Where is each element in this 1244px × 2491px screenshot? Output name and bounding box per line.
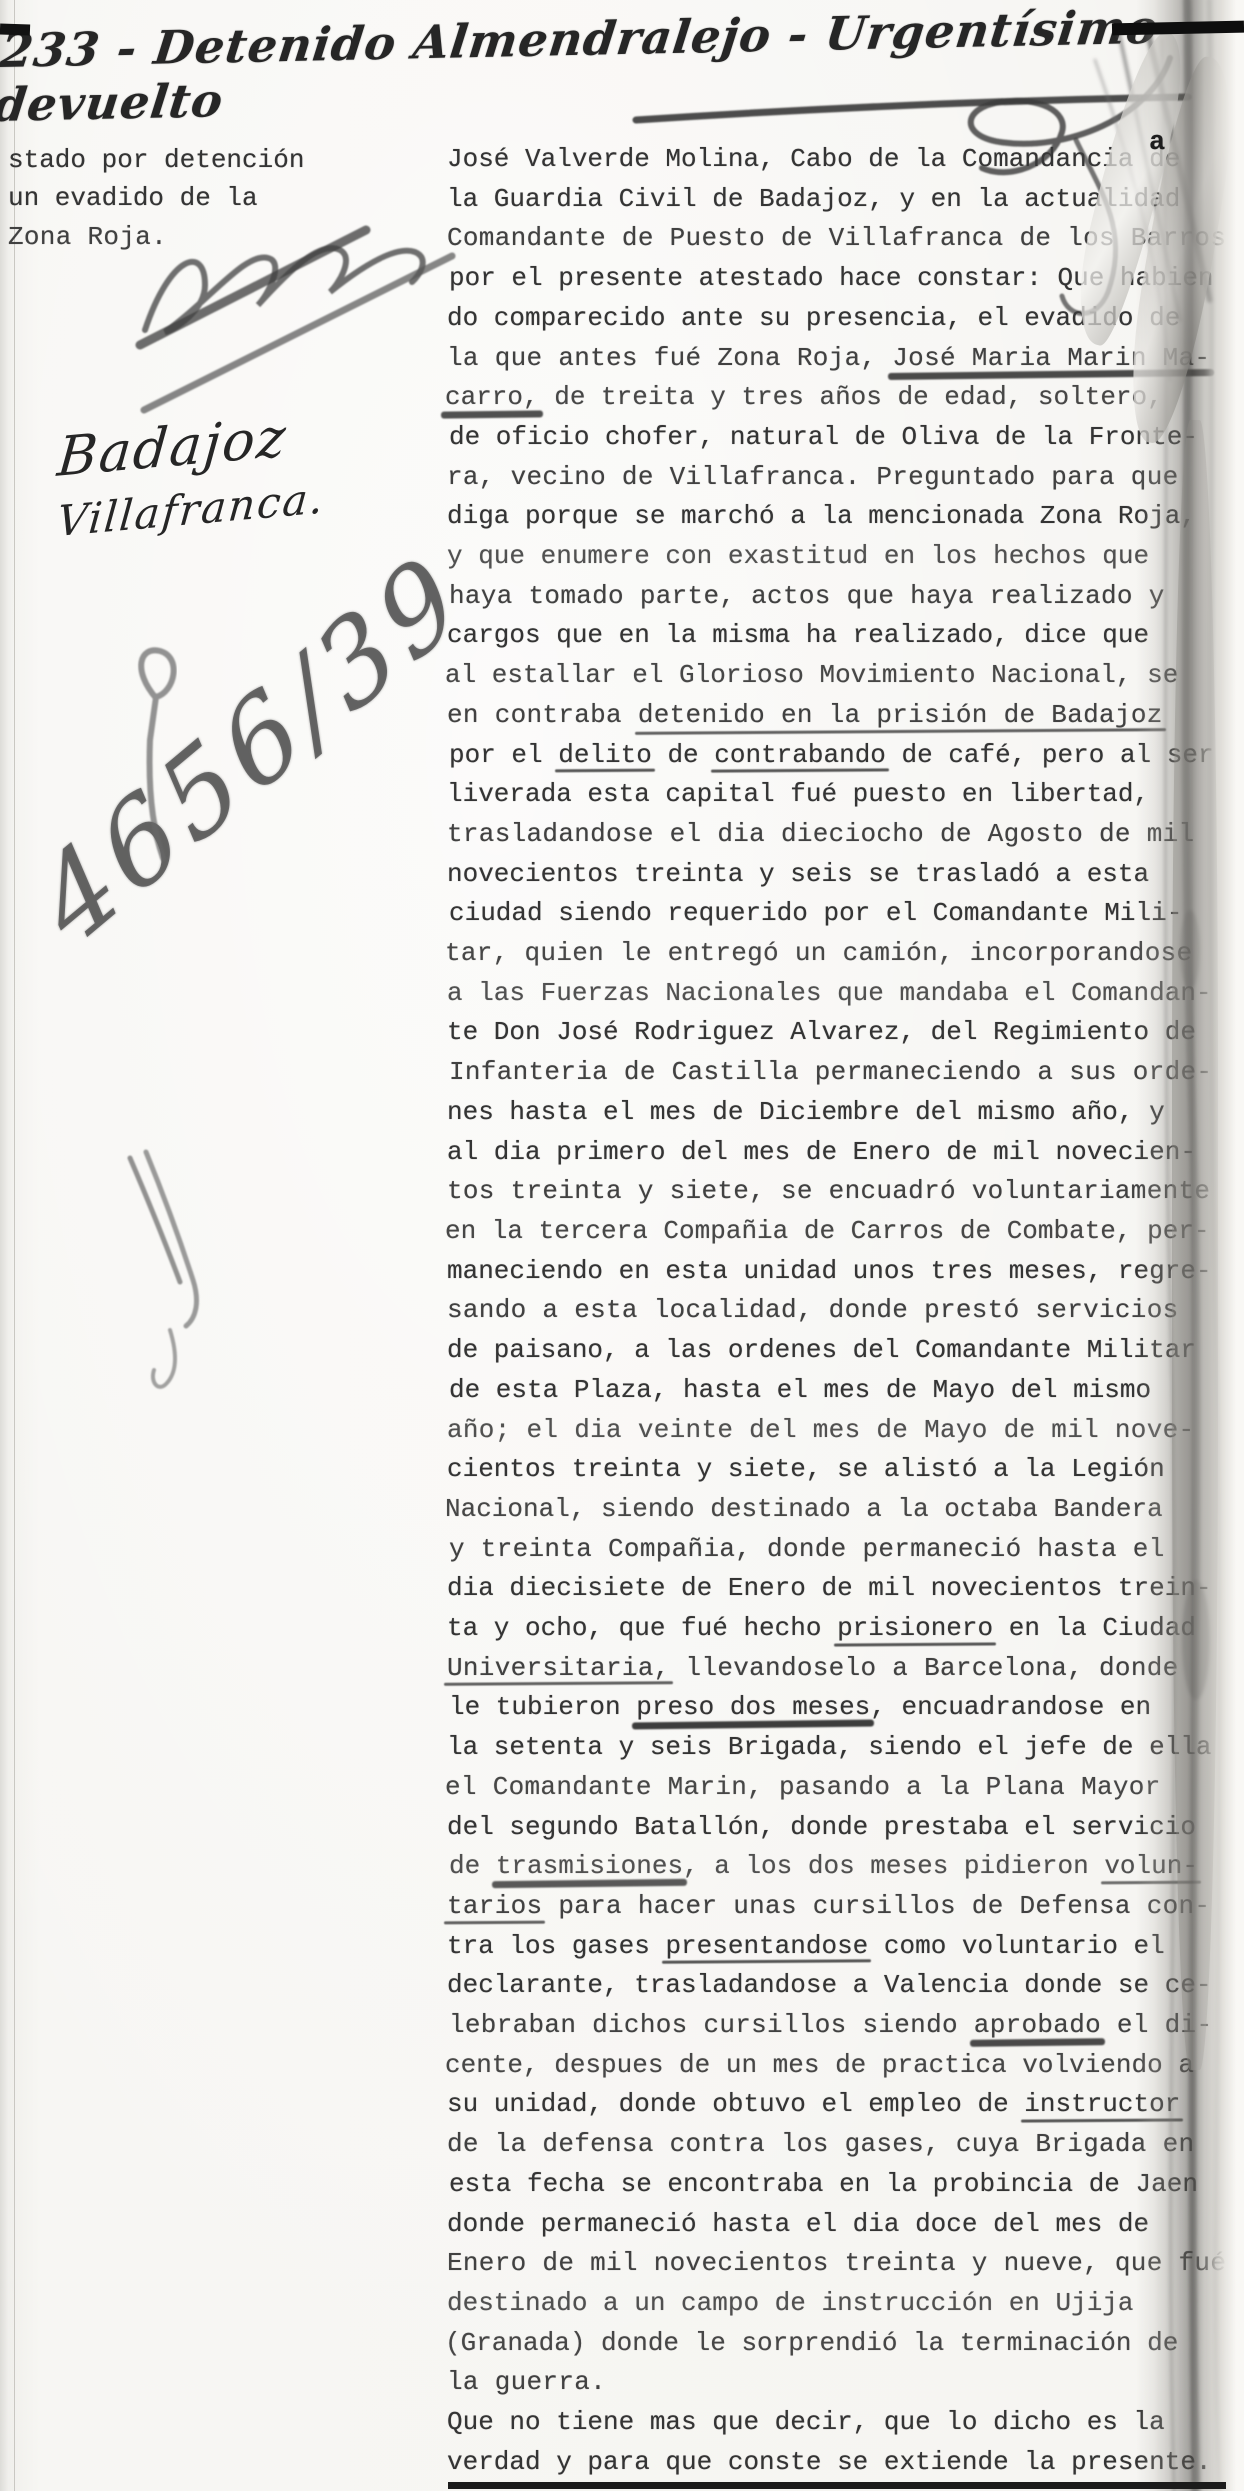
body-text-segment: y que enumere con exastitud en los hecho… [447, 541, 1149, 571]
body-text-segment: de oficio chofer, natural de Oliva de la… [449, 422, 1198, 452]
body-text-segment: novecientos treinta y seis se trasladó a… [447, 859, 1149, 889]
body-line: a las Fuerzas Nacionales que mandaba el … [447, 974, 1237, 1014]
body-line: nes hasta el mes de Diciembre del mismo … [447, 1093, 1237, 1133]
underlined-text-segment: tarios [447, 1887, 542, 1927]
body-text-segment: nes hasta el mes de Diciembre del mismo … [447, 1097, 1165, 1127]
margin-place-handwriting: BadajozVillafranca. [55, 403, 328, 553]
body-text-segment: en la Ciudad [993, 1613, 1196, 1643]
body-text-segment: dia diecisiete de Enero de mil novecient… [447, 1573, 1212, 1603]
body-line: Comandante de Puesto de Villafranca de l… [447, 219, 1237, 259]
underlined-text-segment: delito [558, 736, 652, 776]
body-line: Infanteria de Castilla permaneciendo a s… [449, 1053, 1239, 1093]
scan-artifact-bar [0, 23, 30, 35]
body-line: lebraban dichos cursillos siendo aprobad… [449, 2006, 1239, 2046]
body-line: el Comandante Marin, pasando a la Plana … [445, 1768, 1235, 1808]
body-line: año; el dia veinte del mes de Mayo de mi… [447, 1411, 1237, 1451]
body-line: cente, despues de un mes de practica vol… [445, 2046, 1235, 2086]
margin-flourish-stroke [130, 1152, 197, 1387]
underlined-text-segment: Universitaria, [447, 1649, 670, 1689]
body-line: de la defensa contra los gases, cuya Bri… [447, 2125, 1237, 2165]
body-text-segment: José Valverde Molina, Cabo de la Comanda… [447, 144, 1180, 174]
body-text-segment: tos treinta y siete, se encuadró volunta… [447, 1176, 1210, 1206]
margin-file-number: 4656/39 [15, 528, 487, 971]
body-text-segment: de [652, 740, 714, 770]
body-line: novecientos treinta y seis se trasladó a… [447, 855, 1237, 895]
underlined-text-segment: trasmisiones [496, 1847, 683, 1887]
body-line: tar, quien le entregó un camión, incorpo… [445, 934, 1235, 974]
body-text-segment: año; el dia veinte del mes de Mayo de mi… [447, 1415, 1194, 1445]
body-line: la guerra. [447, 2363, 1237, 2403]
margin-typed-note: stado por detenciónun evadido de laZona … [8, 141, 304, 256]
body-text-segment: llevandoselo a Barcelona, donde [670, 1653, 1179, 1683]
body-text-segment: la que antes fué Zona Roja, [447, 343, 892, 373]
body-text-segment: sando a esta localidad, donde prestó ser… [447, 1295, 1179, 1325]
underlined-text-segment: detenido en la prisión de Badajoz [638, 696, 1163, 736]
body-text-segment: el Comandante Marin, pasando a la Plana … [445, 1772, 1161, 1802]
body-line: por el presente atestado hace constar: Q… [449, 259, 1239, 299]
body-text-segment: un evadido de la [8, 183, 258, 213]
body-line: de oficio chofer, natural de Oliva de la… [449, 418, 1239, 458]
document-scan: 233 - Detenido Almendralejo - Urgentísim… [0, 0, 1244, 2491]
body-text-segment: stado por detención [8, 145, 304, 175]
underlined-text-segment: José Maria Marin Ma- [892, 339, 1210, 379]
body-line: le tubieron preso dos meses, encuadrando… [449, 1688, 1239, 1728]
body-text-segment: do comparecido ante su presencia, el eva… [447, 303, 1180, 333]
body-line: en la tercera Compañia de Carros de Comb… [445, 1212, 1235, 1252]
body-line: en contraba detenido en la prisión de Ba… [447, 696, 1237, 736]
body-line: su unidad, donde obtuvo el empleo de ins… [447, 2085, 1237, 2125]
body-text-segment: como voluntario el [868, 1931, 1164, 1961]
body-text-segment: la Guardia Civil de Badajoz, y en la act… [447, 184, 1180, 214]
body-text-segment: destinado a un campo de instrucción en U… [447, 2288, 1134, 2318]
body-line: la que antes fué Zona Roja, José Maria M… [447, 339, 1237, 379]
body-text-segment: en contraba [447, 700, 638, 730]
underlined-text-segment: contrabando [714, 736, 886, 776]
body-text-segment: maneciendo en esta unidad unos tres mese… [447, 1256, 1212, 1286]
body-text-segment: en la tercera Compañia de Carros de Comb… [445, 1216, 1210, 1246]
body-text-segment: cente, despues de un mes de practica vol… [445, 2050, 1194, 2080]
body-line: ciudad siendo requerido por el Comandant… [449, 894, 1239, 934]
body-text-segment: (Granada) donde le sorprendió la termina… [445, 2328, 1178, 2358]
underlined-text-segment: volun- [1104, 1847, 1198, 1887]
body-text-segment: , a los dos meses pidieron [683, 1851, 1104, 1881]
body-text: José Valverde Molina, Cabo de la Comanda… [447, 140, 1237, 2482]
body-line: sando a esta localidad, donde prestó ser… [447, 1291, 1237, 1331]
body-line: destinado a un campo de instrucción en U… [447, 2284, 1237, 2324]
body-text-segment: trasladandose el dia dieciocho de Agosto… [447, 819, 1194, 849]
crossed-out-scribble-stroke [140, 230, 452, 410]
body-text-segment: Zona Roja. [8, 222, 167, 252]
margin-note-line: un evadido de la [8, 179, 304, 217]
body-text-segment: el di- [1101, 2010, 1212, 2040]
body-line: y que enumere con exastitud en los hecho… [447, 537, 1237, 577]
body-text-segment: al estallar el Glorioso Movimiento Nacio… [445, 660, 1178, 690]
body-line: trasladandose el dia dieciocho de Agosto… [447, 815, 1237, 855]
underlined-text-segment: carro, [445, 378, 539, 418]
body-text-segment: haya tomado parte, actos que haya realiz… [449, 581, 1165, 611]
underlined-text-segment: presentandose [665, 1927, 868, 1967]
body-text-segment: lebraban dichos cursillos siendo [449, 2010, 974, 2040]
body-line: del segundo Batallón, donde prestaba el … [447, 1808, 1237, 1848]
margin-note-line: stado por detención [8, 141, 304, 179]
underlined-text-segment: prisionero [837, 1609, 993, 1649]
handwritten-header: 233 - Detenido Almendralejo - Urgentísim… [0, 0, 1227, 132]
body-text-segment: a las Fuerzas Nacionales que mandaba el … [447, 978, 1212, 1008]
body-text-segment: y treinta Compañia, donde permaneció has… [449, 1534, 1165, 1564]
body-text-segment: diga porque se marchó a la mencionada Zo… [447, 501, 1196, 531]
body-line: declarante, trasladandose a Valencia don… [447, 1966, 1237, 2006]
body-line: Enero de mil novecientos treinta y nueve… [447, 2244, 1237, 2284]
body-text-segment: de la defensa contra los gases, cuya Bri… [447, 2129, 1194, 2159]
body-text-segment: Que no tiene mas que decir, que lo dicho… [447, 2407, 1165, 2437]
body-line: esta fecha se encontraba en la probincia… [449, 2165, 1239, 2205]
body-text-segment: de paisano, a las ordenes del Comandante… [447, 1335, 1196, 1365]
margin-note-line: Zona Roja. [8, 218, 304, 256]
body-line: José Valverde Molina, Cabo de la Comanda… [447, 140, 1237, 180]
body-text-segment: tar, quien le entregó un camión, incorpo… [445, 938, 1192, 968]
body-line: verdad y para que conste se extiende la … [447, 2443, 1237, 2483]
body-line: Nacional, siendo destinado a la octaba B… [445, 1490, 1235, 1530]
body-line: al dia primero del mes de Enero de mil n… [447, 1133, 1237, 1173]
body-line: dia diecisiete de Enero de mil novecient… [447, 1569, 1237, 1609]
body-line: haya tomado parte, actos que haya realiz… [449, 577, 1239, 617]
torn-edge-letter: a [1149, 124, 1165, 164]
body-text-segment: Nacional, siendo destinado a la octaba B… [445, 1494, 1163, 1524]
body-line: al estallar el Glorioso Movimiento Nacio… [445, 656, 1235, 696]
body-text-segment: para hacer unas cursillos de Defensa con… [542, 1891, 1210, 1921]
body-text-segment: donde permaneció hasta el dia doce del m… [447, 2209, 1149, 2239]
underlined-text-segment: aprobado [974, 2006, 1101, 2046]
body-line: ra, vecino de Villafranca. Preguntado pa… [447, 458, 1237, 498]
body-line: la Guardia Civil de Badajoz, y en la act… [447, 180, 1237, 220]
body-text-segment: Enero de mil novecientos treinta y nueve… [447, 2248, 1226, 2278]
body-text-segment: Infanteria de Castilla permaneciendo a s… [449, 1057, 1212, 1087]
body-line: y treinta Compañia, donde permaneció has… [449, 1530, 1239, 1570]
body-text-segment: al dia primero del mes de Enero de mil n… [447, 1137, 1196, 1167]
body-line: donde permaneció hasta el dia doce del m… [447, 2205, 1237, 2245]
body-text-segment: le tubieron [449, 1692, 636, 1722]
body-line: liverada esta capital fué puesto en libe… [447, 775, 1237, 815]
body-line: Que no tiene mas que decir, que lo dicho… [447, 2403, 1237, 2443]
scan-left-edge [0, 0, 15, 2491]
body-text-segment: ta y ocho, que fué hecho [447, 1613, 837, 1643]
body-text-segment: declarante, trasladandose a Valencia don… [447, 1970, 1212, 2000]
body-text-segment: de [449, 1851, 496, 1881]
body-text-segment: de café, pero al ser [886, 740, 1214, 770]
body-line: tra los gases presentandose como volunta… [447, 1927, 1237, 1967]
body-text-segment: verdad y para que conste se extiende la … [447, 2447, 1212, 2477]
body-text-segment: del segundo Batallón, donde prestaba el … [447, 1812, 1196, 1842]
body-text-segment: ra, vecino de Villafranca. Preguntado pa… [447, 462, 1179, 492]
body-text-segment: te Don José Rodriguez Alvarez, del Regim… [447, 1017, 1196, 1047]
body-text-segment: su unidad, donde obtuvo el empleo de [447, 2089, 1024, 2119]
body-line: do comparecido ante su presencia, el eva… [447, 299, 1237, 339]
body-line: te Don José Rodriguez Alvarez, del Regim… [447, 1013, 1237, 1053]
body-line: carro, de treita y tres años de edad, so… [445, 378, 1235, 418]
body-line: Universitaria, llevandoselo a Barcelona,… [447, 1649, 1237, 1689]
body-text-segment: esta fecha se encontraba en la probincia… [449, 2169, 1198, 2199]
body-text-segment: tra los gases [447, 1931, 665, 1961]
body-line: tarios para hacer unas cursillos de Defe… [447, 1887, 1237, 1927]
body-text-segment: cientos treinta y siete, se alistó a la … [447, 1454, 1165, 1484]
body-text-segment: de esta Plaza, hasta el mes de Mayo del … [449, 1375, 1151, 1405]
body-line: la setenta y seis Brigada, siendo el jef… [447, 1728, 1237, 1768]
body-line: ta y ocho, que fué hecho prisionero en l… [447, 1609, 1237, 1649]
body-line: cientos treinta y siete, se alistó a la … [447, 1450, 1237, 1490]
underlined-text-segment: preso dos meses [636, 1688, 870, 1728]
body-text-segment: ciudad siendo requerido por el Comandant… [449, 898, 1182, 928]
body-line: de paisano, a las ordenes del Comandante… [447, 1331, 1237, 1371]
body-text-segment: la guerra. [447, 2367, 606, 2397]
body-text-segment: cargos que en la misma ha realizado, dic… [447, 620, 1149, 650]
body-text-segment: Comandante de Puesto de Villafranca de l… [447, 223, 1226, 253]
body-line: de trasmisiones, a los dos meses pidiero… [449, 1847, 1239, 1887]
body-text-segment: de treita y tres años de edad, soltero, [539, 382, 1163, 412]
body-text-segment: la setenta y seis Brigada, siendo el jef… [447, 1732, 1212, 1762]
scan-artifact-bar [448, 2482, 1226, 2489]
body-line: de esta Plaza, hasta el mes de Mayo del … [449, 1371, 1239, 1411]
body-text-segment: por el [449, 740, 558, 770]
underlined-text-segment: instructor [1024, 2085, 1180, 2125]
body-line: cargos que en la misma ha realizado, dic… [447, 616, 1237, 656]
body-line: tos treinta y siete, se encuadró volunta… [447, 1172, 1237, 1212]
body-line: (Granada) donde le sorprendió la termina… [445, 2324, 1235, 2364]
body-line: por el delito de contrabando de café, pe… [449, 736, 1239, 776]
body-text-segment: , encuadrandose en [870, 1692, 1151, 1722]
body-text-segment: por el presente atestado hace constar: Q… [449, 263, 1214, 293]
body-text-segment: liverada esta capital fué puesto en libe… [447, 779, 1149, 809]
body-line: maneciendo en esta unidad unos tres mese… [447, 1252, 1237, 1292]
scan-artifact-bar [1112, 21, 1244, 36]
body-line: diga porque se marchó a la mencionada Zo… [447, 497, 1237, 537]
